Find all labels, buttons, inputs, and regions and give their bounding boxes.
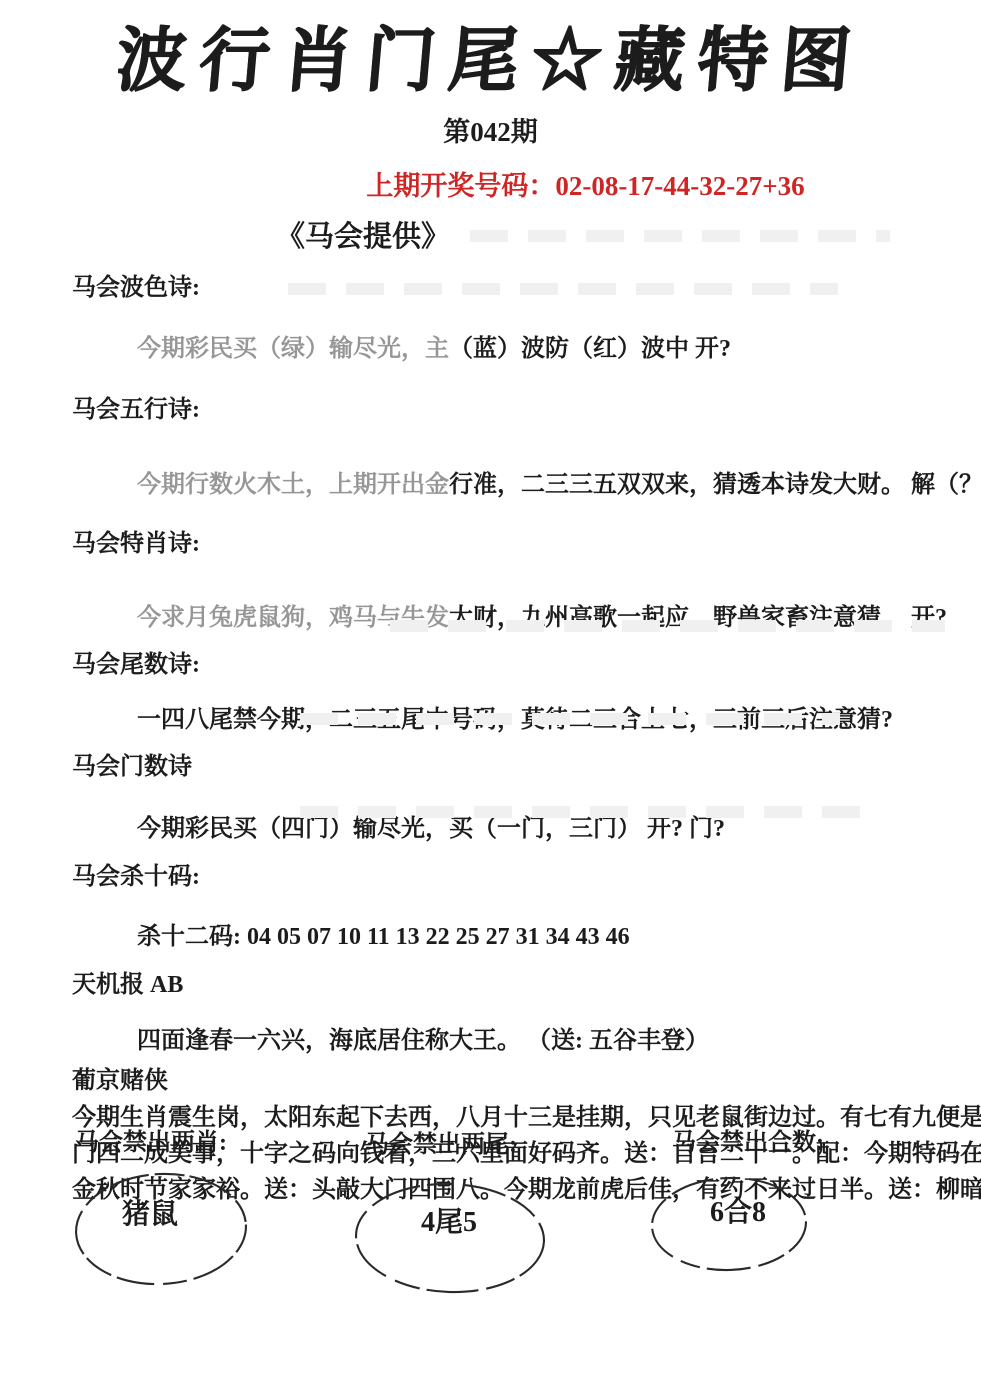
section-tianji-report: 天机报 AB 四面逢春一六兴，海底居住称大王。 （送: 五谷丰登） [0, 964, 981, 1055]
forbidden-tail-value: 4尾5 [393, 1200, 505, 1240]
poem-clear-part: 杀十二码: 04 05 07 10 11 13 22 25 27 31 34 4… [137, 924, 630, 950]
forbidden-zodiac-value: 猪鼠 [102, 1192, 198, 1232]
poem-clear-part: 行准，二三三五双双来，猜透本诗发大财。 解（？） [449, 472, 981, 498]
section-door-numbers: 马会门数诗 今期彩民买（四门）输尽光，买（一门，三门） 开? 门? [0, 746, 981, 843]
poem-line: 今期行数火木土，上期开出金行准，二三三五双双来，猜透本诗发大财。 解（？） [137, 464, 981, 499]
poem-clear-part: 大财，九州高歌一起应，野兽家畜注意猜。 开? [449, 605, 947, 631]
poem-faded-part: 今期行数火木土，上期开出金 [137, 472, 449, 498]
poem-clear-part: 一四八尾禁今期，二三五尾中号码，莫待二三合上七，三前三后注意猜? [137, 707, 893, 733]
section-wave-color: 马会波色诗: 今期彩民买（绿）输尽光，主（蓝）波防（红）波中 开? [0, 267, 981, 363]
section-header: 马会特肖诗: [72, 523, 981, 558]
poem-clear-part: 今期彩民买（四门）输尽光，买（一门，三门） 开? 门? [137, 816, 725, 842]
issue-number: 第042期 [0, 110, 981, 149]
poem-clear-part: 四面逢春一六兴，海底居住称大王。 （送: 五谷丰登） [137, 1028, 709, 1054]
poem-line: 今求月兔虎鼠狗，鸡马与牛发大财，九州高歌一起应，野兽家畜注意猜。 开? [137, 597, 981, 632]
section-header: 马会波色诗: [72, 267, 981, 302]
page-title: 波行肖门尾☆藏特图 [0, 0, 981, 108]
section-kill-codes: 马会杀十码: 杀十二码: 04 05 07 10 11 13 22 25 27 … [0, 856, 981, 951]
poem-faded-part: 今求月兔虎鼠狗，鸡马与牛发 [137, 605, 449, 631]
last-draw-numbers: 上期开奖号码：02-08-17-44-32-27+36 [0, 164, 981, 203]
kill-codes-line: 杀十二码: 04 05 07 10 11 13 22 25 27 31 34 4… [137, 916, 981, 951]
forbidden-sum-value: 6合8 [682, 1190, 794, 1230]
poem-line: 一四八尾禁今期，二三五尾中号码，莫待二三合上七，三前三后注意猜? [137, 699, 981, 734]
poem-clear-part: （蓝）波防（红）波中 开? [449, 336, 731, 362]
lottery-tip-sheet: { "page": { "title": "波行肖门尾☆藏特图", "issue… [0, 0, 981, 1388]
forbidden-zodiac-label: 马会禁出两肖: [75, 1122, 227, 1157]
poem-line: 四面逢春一六兴，海底居住称大王。 （送: 五谷丰登） [137, 1020, 981, 1055]
section-header: 马会尾数诗: [72, 644, 981, 679]
pujing-header: 葡京赌侠 [72, 1060, 981, 1095]
section-five-elements: 马会五行诗: 今期行数火木土，上期开出金行准，二三三五双双来，猜透本诗发大财。 … [0, 389, 981, 499]
forbidden-sum-label: 马会禁出合数: [672, 1122, 824, 1157]
section-header: 马会杀十码: [72, 856, 981, 891]
poem-line: 今期彩民买（绿）输尽光，主（蓝）波防（红）波中 开? [137, 328, 981, 363]
poem-faded-part: 今期彩民买（绿）输尽光，主 [137, 336, 449, 362]
section-header: 马会门数诗 [72, 746, 981, 781]
forbidden-tail-label: 马会禁出两尾: [365, 1124, 517, 1159]
poem-line: 今期彩民买（四门）输尽光，买（一门，三门） 开? 门? [137, 808, 981, 843]
provider-title: 《马会提供》 [276, 214, 981, 255]
section-header: 马会五行诗: [72, 389, 981, 424]
section-tail-numbers: 马会尾数诗: 一四八尾禁今期，二三五尾中号码，莫待二三合上七，三前三后注意猜? [0, 644, 981, 734]
section-special-zodiac: 马会特肖诗: 今求月兔虎鼠狗，鸡马与牛发大财，九州高歌一起应，野兽家畜注意猜。 … [0, 523, 981, 632]
section-header: 天机报 AB [72, 964, 981, 999]
